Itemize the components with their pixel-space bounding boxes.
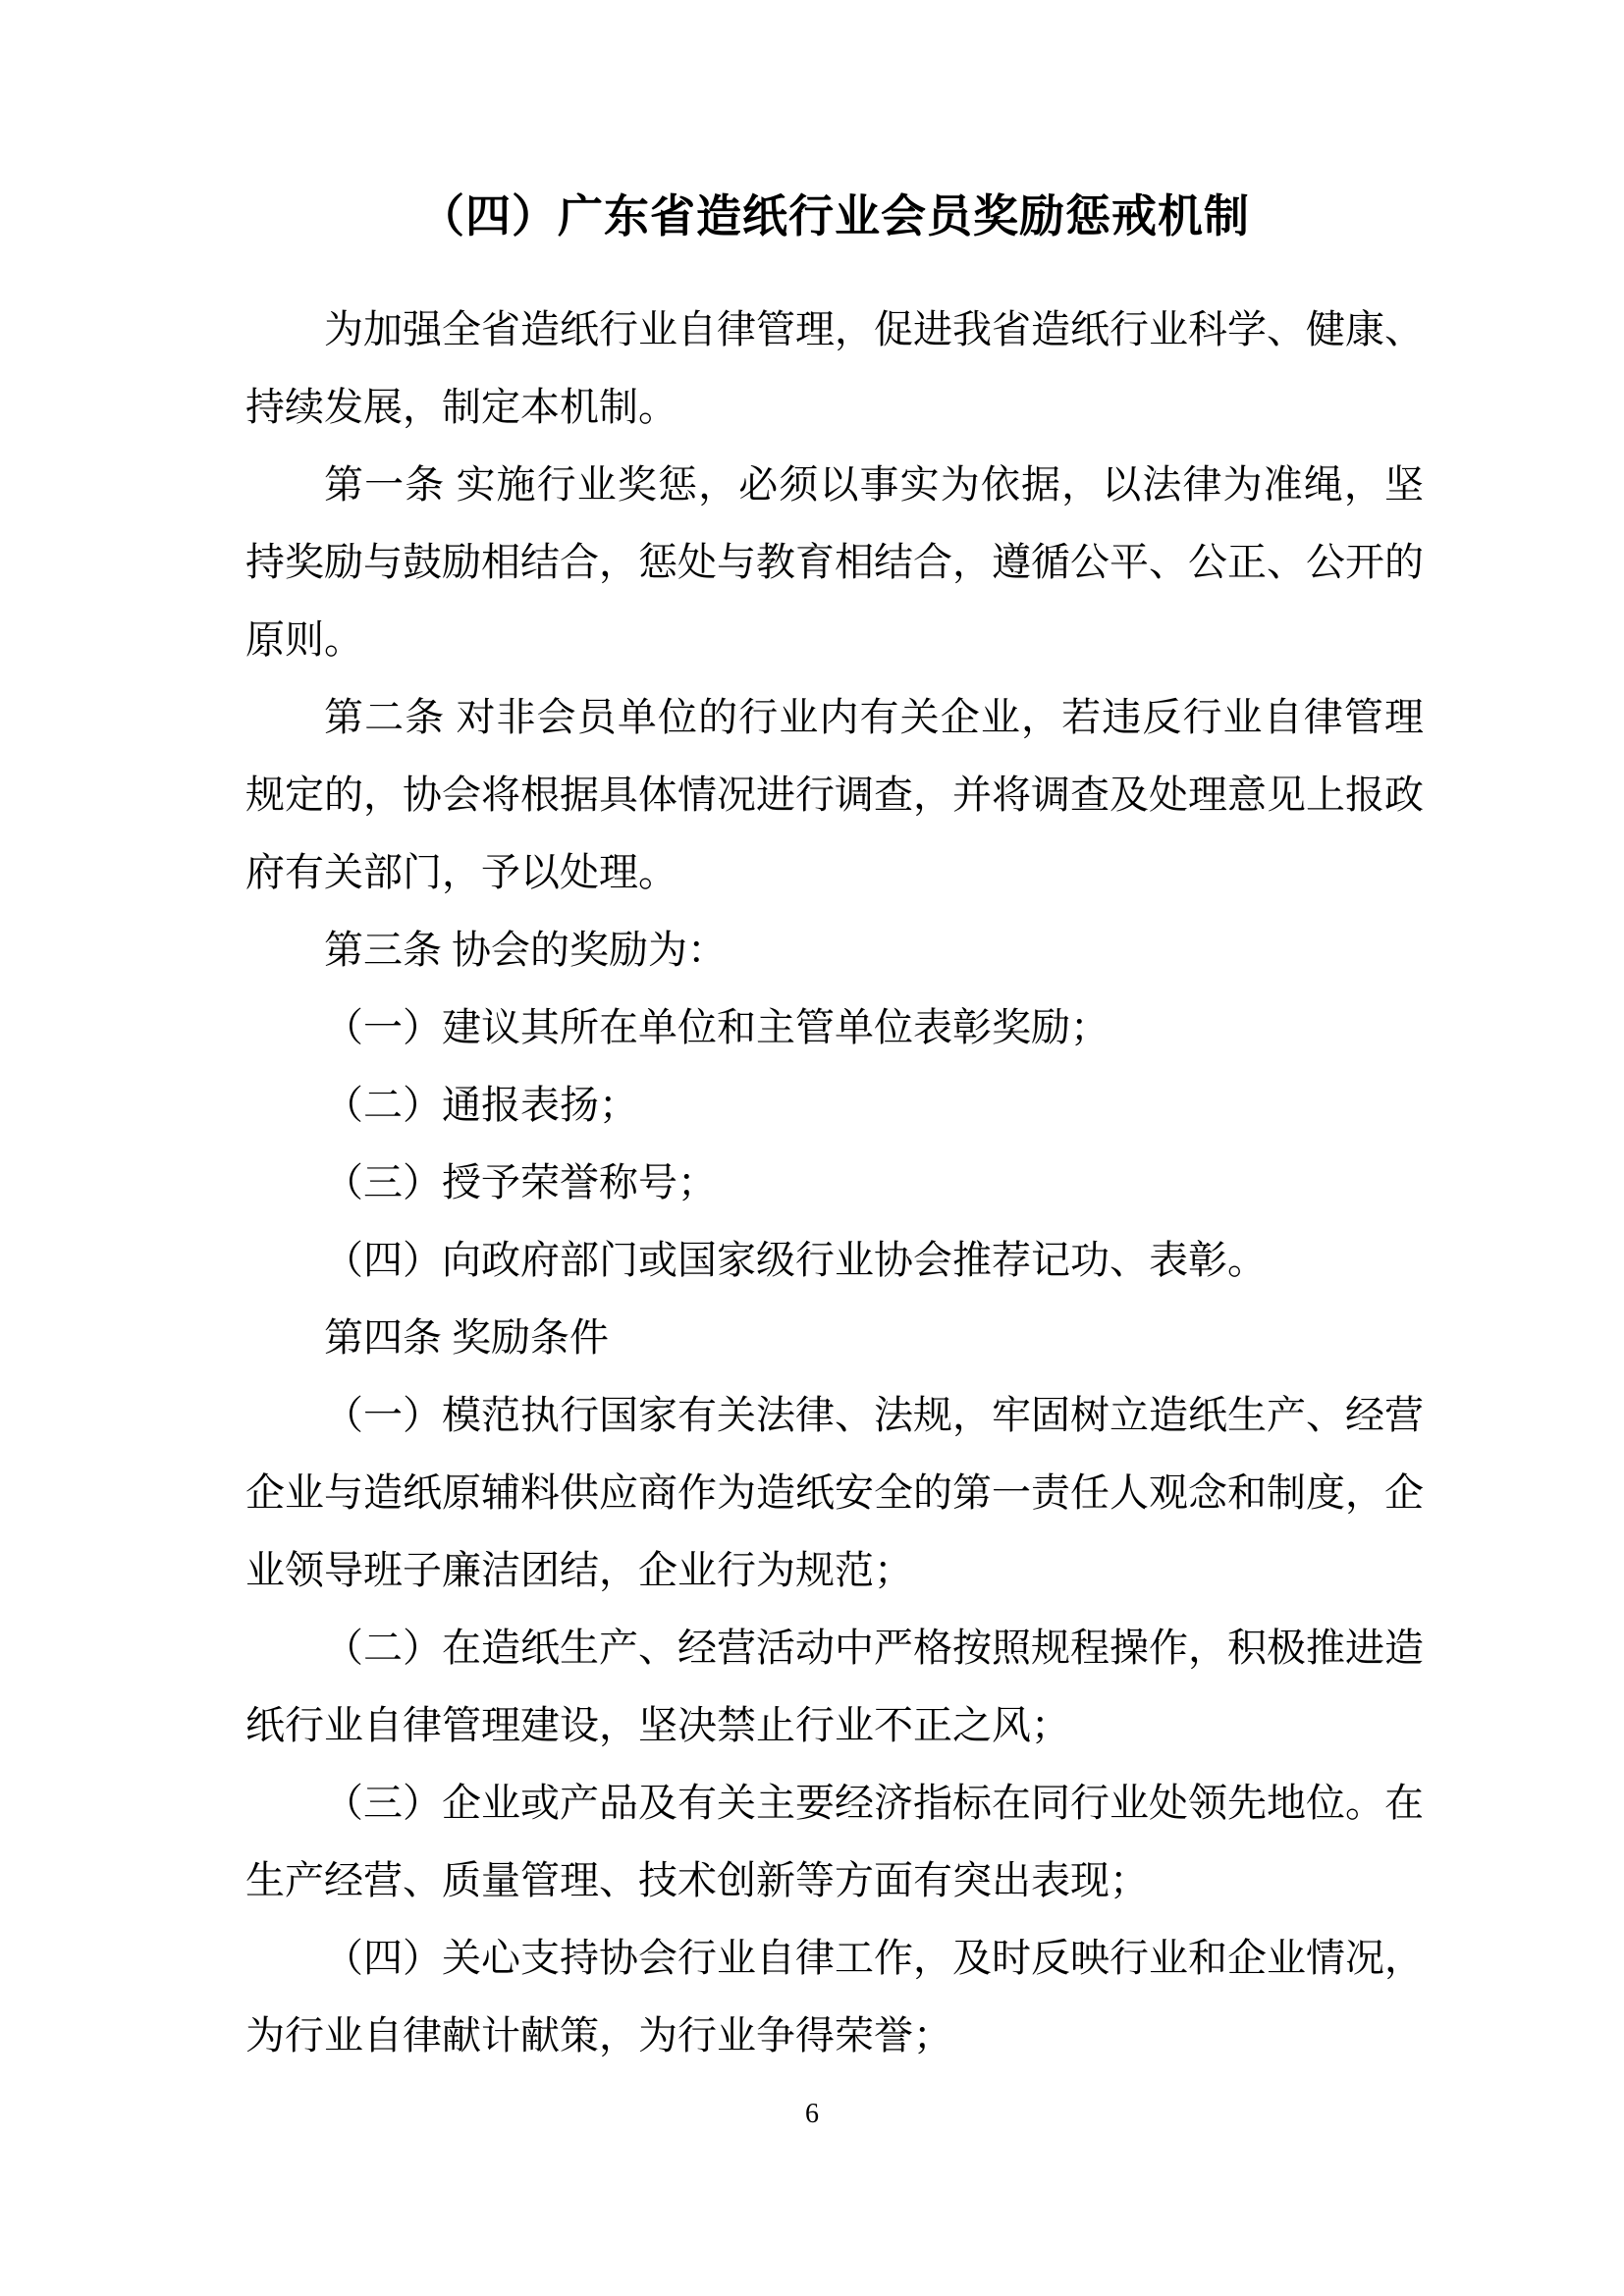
paragraph-article-4-item-1: （一）模范执行国家有关法律、法规，牢固树立造纸生产、经营企业与造纸原辅料供应商作… <box>245 1376 1424 1609</box>
paragraph-article-1: 第一条 实施行业奖惩，必须以事实为依据，以法律为准绳，坚持奖励与鼓励相结合，惩处… <box>245 446 1424 678</box>
paragraph-article-4: 第四条 奖励条件 <box>245 1299 1424 1376</box>
paragraph-article-3-item-4: （四）向政府部门或国家级行业协会推荐记功、表彰。 <box>245 1221 1424 1299</box>
paragraph-article-4-item-2: （二）在造纸生产、经营活动中严格按照规程操作，积极推进造纸行业自律管理建设，坚决… <box>245 1609 1424 1764</box>
paragraph-article-3: 第三条 协会的奖励为： <box>245 911 1424 988</box>
paragraph-intro: 为加强全省造纸行业自律管理，促进我省造纸行业科学、健康、持续发展，制定本机制。 <box>245 291 1424 446</box>
paragraph-article-3-item-1: （一）建议其所在单位和主管单位表彰奖励； <box>245 988 1424 1066</box>
paragraph-article-4-item-4: （四）关心支持协会行业自律工作，及时反映行业和企业情况，为行业自律献计献策，为行… <box>245 1919 1424 2074</box>
paragraph-article-3-item-3: （三）授予荣誉称号； <box>245 1144 1424 1221</box>
paragraph-article-2: 第二条 对非会员单位的行业内有关企业，若违反行业自律管理规定的，协会将根据具体情… <box>245 678 1424 911</box>
paragraph-article-3-item-2: （二）通报表扬； <box>245 1066 1424 1144</box>
document-title: （四）广东省造纸行业会员奖励惩戒机制 <box>245 187 1424 247</box>
document-content: （四）广东省造纸行业会员奖励惩戒机制 为加强全省造纸行业自律管理，促进我省造纸行… <box>245 0 1424 2074</box>
page-number: 6 <box>0 2100 1624 2129</box>
paragraph-article-4-item-3: （三）企业或产品及有关主要经济指标在同行业处领先地位。在生产经营、质量管理、技术… <box>245 1764 1424 1919</box>
document-page: （四）广东省造纸行业会员奖励惩戒机制 为加强全省造纸行业自律管理，促进我省造纸行… <box>0 0 1624 2296</box>
